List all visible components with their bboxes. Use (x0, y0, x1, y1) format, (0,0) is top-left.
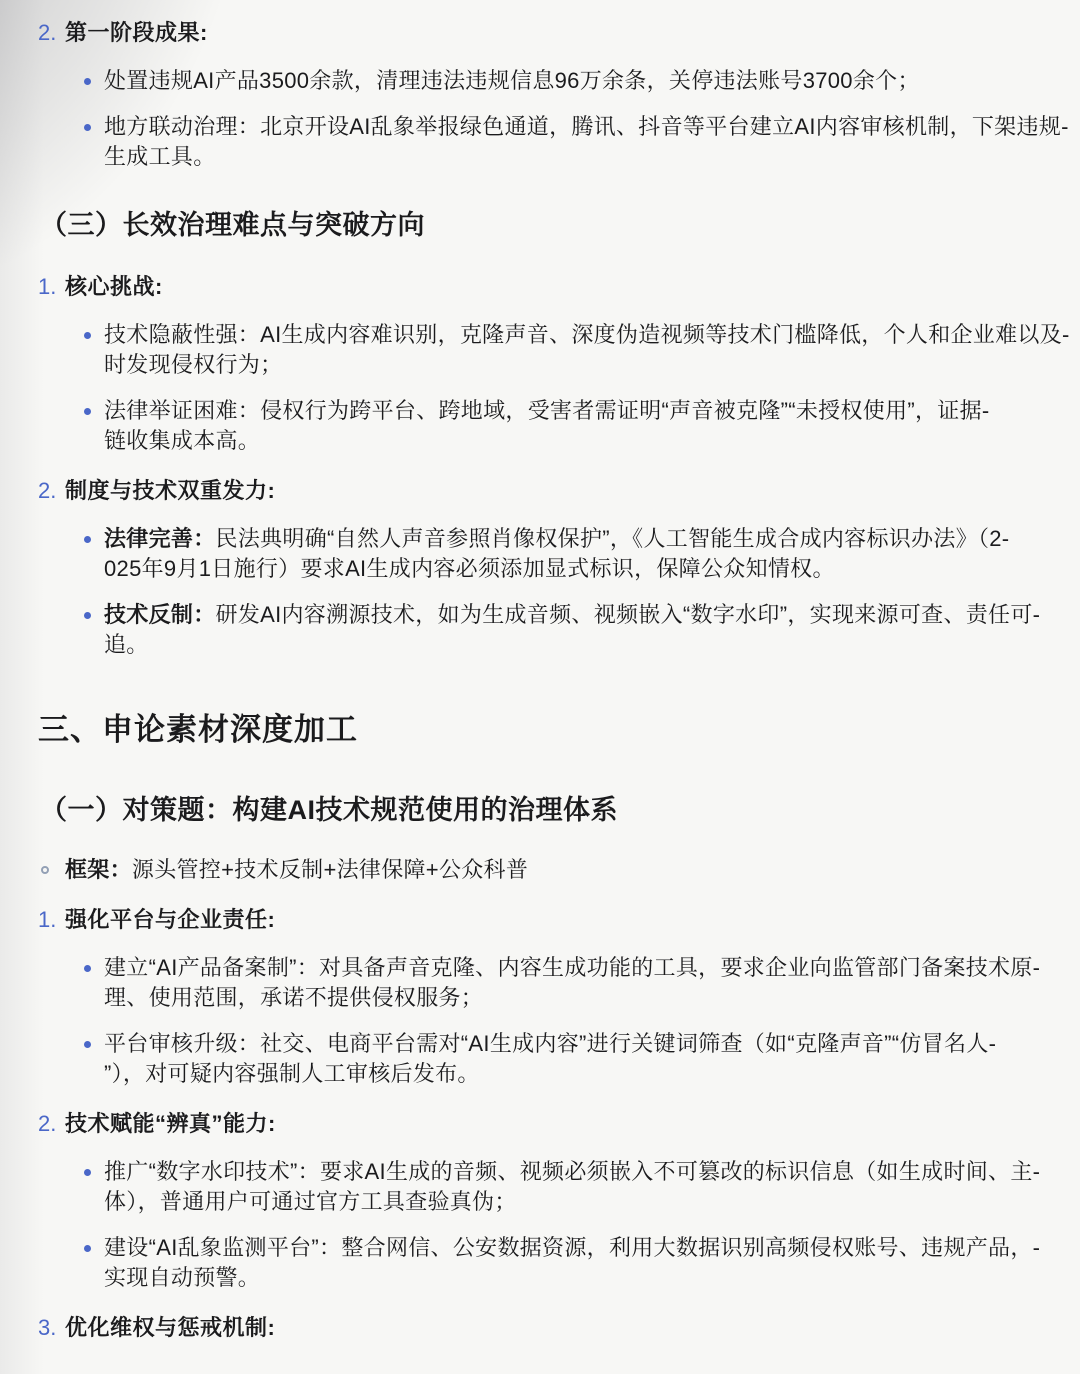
bullet-dot-icon (84, 408, 91, 415)
bullet-local-governance: 地方联动治理：北京开设AI乱象举报绿色通道，腾讯、抖音等平台建立AI内容审核机制… (38, 112, 1076, 172)
list-item-title: 制度与技术双重发力: (65, 474, 275, 508)
bullet-monitoring-platform: 建设“AI乱象监测平台”：整合网信、公安数据资源，利用大数据识别高频侵权账号、违… (38, 1233, 1076, 1293)
bullet-dot-icon (84, 1245, 91, 1252)
list-item-rights-protection: 3. 优化维权与惩戒机制: (38, 1311, 1076, 1345)
bullet-lead: 法律完善： (104, 526, 216, 551)
bullet-text: 建立“AI产品备案制”：对具备声音克隆、内容生成功能的工具，要求企业向监管部门备… (104, 955, 1040, 1010)
list-item-platform-responsibility: 1. 强化平台与企业责任: (38, 903, 1076, 937)
bullet-law-improvement: 法律完善：民法典明确“自然人声音参照肖像权保护”，《人工智能生成合成内容标识办法… (38, 524, 1076, 584)
bullet-text: 推广“数字水印技术”：要求AI生成的音频、视频必须嵌入不可篡改的标识信息（如生成… (104, 1159, 1040, 1214)
section-heading-governance: （三）长效治理难点与突破方向 (40, 206, 1076, 244)
list-item-tech-verification: 2. 技术赋能“辨真”能力: (38, 1107, 1076, 1141)
bullet-lead: 框架： (65, 857, 132, 882)
bullet-product-filing: 建立“AI产品备案制”：对具备声音克隆、内容生成功能的工具，要求企业向监管部门备… (38, 953, 1076, 1013)
bullet-dot-icon (84, 78, 91, 85)
list-item-title: 技术赋能“辨真”能力: (65, 1107, 276, 1141)
chapter-heading-material-processing: 三、申论素材深度加工 (38, 707, 1076, 753)
list-item-title: 核心挑战: (65, 270, 163, 304)
bullet-dot-icon (84, 332, 91, 339)
section-heading-strategy: （一）对策题：构建AI技术规范使用的治理体系 (40, 791, 1076, 829)
list-number: 2. (38, 1107, 65, 1141)
list-item-title: 强化平台与企业责任: (65, 903, 275, 937)
list-item-title: 优化维权与惩戒机制: (65, 1311, 275, 1345)
bullet-text: 民法典明确“自然人声音参照肖像权保护”，《人工智能生成合成内容标识办法》（2- … (104, 526, 1009, 581)
bullet-dot-icon (84, 1169, 91, 1176)
list-number: 3. (38, 1311, 65, 1345)
bullet-lead: 技术反制： (104, 602, 216, 627)
bullet-tech-concealment: 技术隐蔽性强：AI生成内容难识别，克隆声音、深度伪造视频等技术门槛降低，个人和企… (38, 320, 1076, 380)
list-item-dual-effort: 2. 制度与技术双重发力: (38, 474, 1076, 508)
list-number: 1. (38, 270, 65, 304)
circle-bullet-icon (41, 866, 49, 874)
bullet-text: 法律举证困难：侵权行为跨平台、跨地域，受害者需证明“声音被克隆”“未授权使用”，… (104, 398, 990, 453)
bullet-text: 研发AI内容溯源技术，如为生成音频、视频嵌入“数字水印”，实现来源可查、责任可-… (104, 602, 1040, 657)
bullet-dot-icon (84, 536, 91, 543)
bullet-text: 建设“AI乱象监测平台”：整合网信、公安数据资源，利用大数据识别高频侵权账号、违… (104, 1235, 1040, 1290)
bullet-text: 技术隐蔽性强：AI生成内容难识别，克隆声音、深度伪造视频等技术门槛降低，个人和企… (104, 322, 1070, 377)
list-number: 1. (38, 903, 65, 937)
list-item-title: 第一阶段成果: (65, 16, 208, 50)
bullet-digital-watermark: 推广“数字水印技术”：要求AI生成的音频、视频必须嵌入不可篡改的标识信息（如生成… (38, 1157, 1076, 1217)
bullet-text: 平台审核升级：社交、电商平台需对“AI生成内容”进行关键词筛查（如“克隆声音”“… (104, 1031, 996, 1086)
document-page: 2. 第一阶段成果: 处置违规AI产品3500余款，清理违法违规信息96万余条，… (0, 0, 1080, 1374)
bullet-dot-icon (84, 612, 91, 619)
bullet-text: 处置违规AI产品3500余款，清理违法违规信息96万余条，关停违法账号3700余… (104, 68, 920, 93)
bullet-dot-icon (84, 124, 91, 131)
bullet-dot-icon (84, 965, 91, 972)
bullet-framework: 框架：源头管控+技术反制+法律保障+公众科普 (38, 855, 1076, 885)
bullet-text: 源头管控+技术反制+法律保障+公众科普 (132, 857, 528, 882)
bullet-dot-icon (84, 1041, 91, 1048)
list-item-phase-results: 2. 第一阶段成果: (38, 16, 1076, 50)
list-number: 2. (38, 16, 65, 50)
bullet-tech-countermeasure: 技术反制：研发AI内容溯源技术，如为生成音频、视频嵌入“数字水印”，实现来源可查… (38, 600, 1076, 660)
bullet-text: 地方联动治理：北京开设AI乱象举报绿色通道，腾讯、抖音等平台建立AI内容审核机制… (104, 114, 1069, 169)
bullet-platform-review: 平台审核升级：社交、电商平台需对“AI生成内容”进行关键词筛查（如“克隆声音”“… (38, 1029, 1076, 1089)
list-item-core-challenges: 1. 核心挑战: (38, 270, 1076, 304)
bullet-dispose-products: 处置违规AI产品3500余款，清理违法违规信息96万余条，关停违法账号3700余… (38, 66, 1076, 96)
list-number: 2. (38, 474, 65, 508)
bullet-legal-proof-difficulty: 法律举证困难：侵权行为跨平台、跨地域，受害者需证明“声音被克隆”“未授权使用”，… (38, 396, 1076, 456)
